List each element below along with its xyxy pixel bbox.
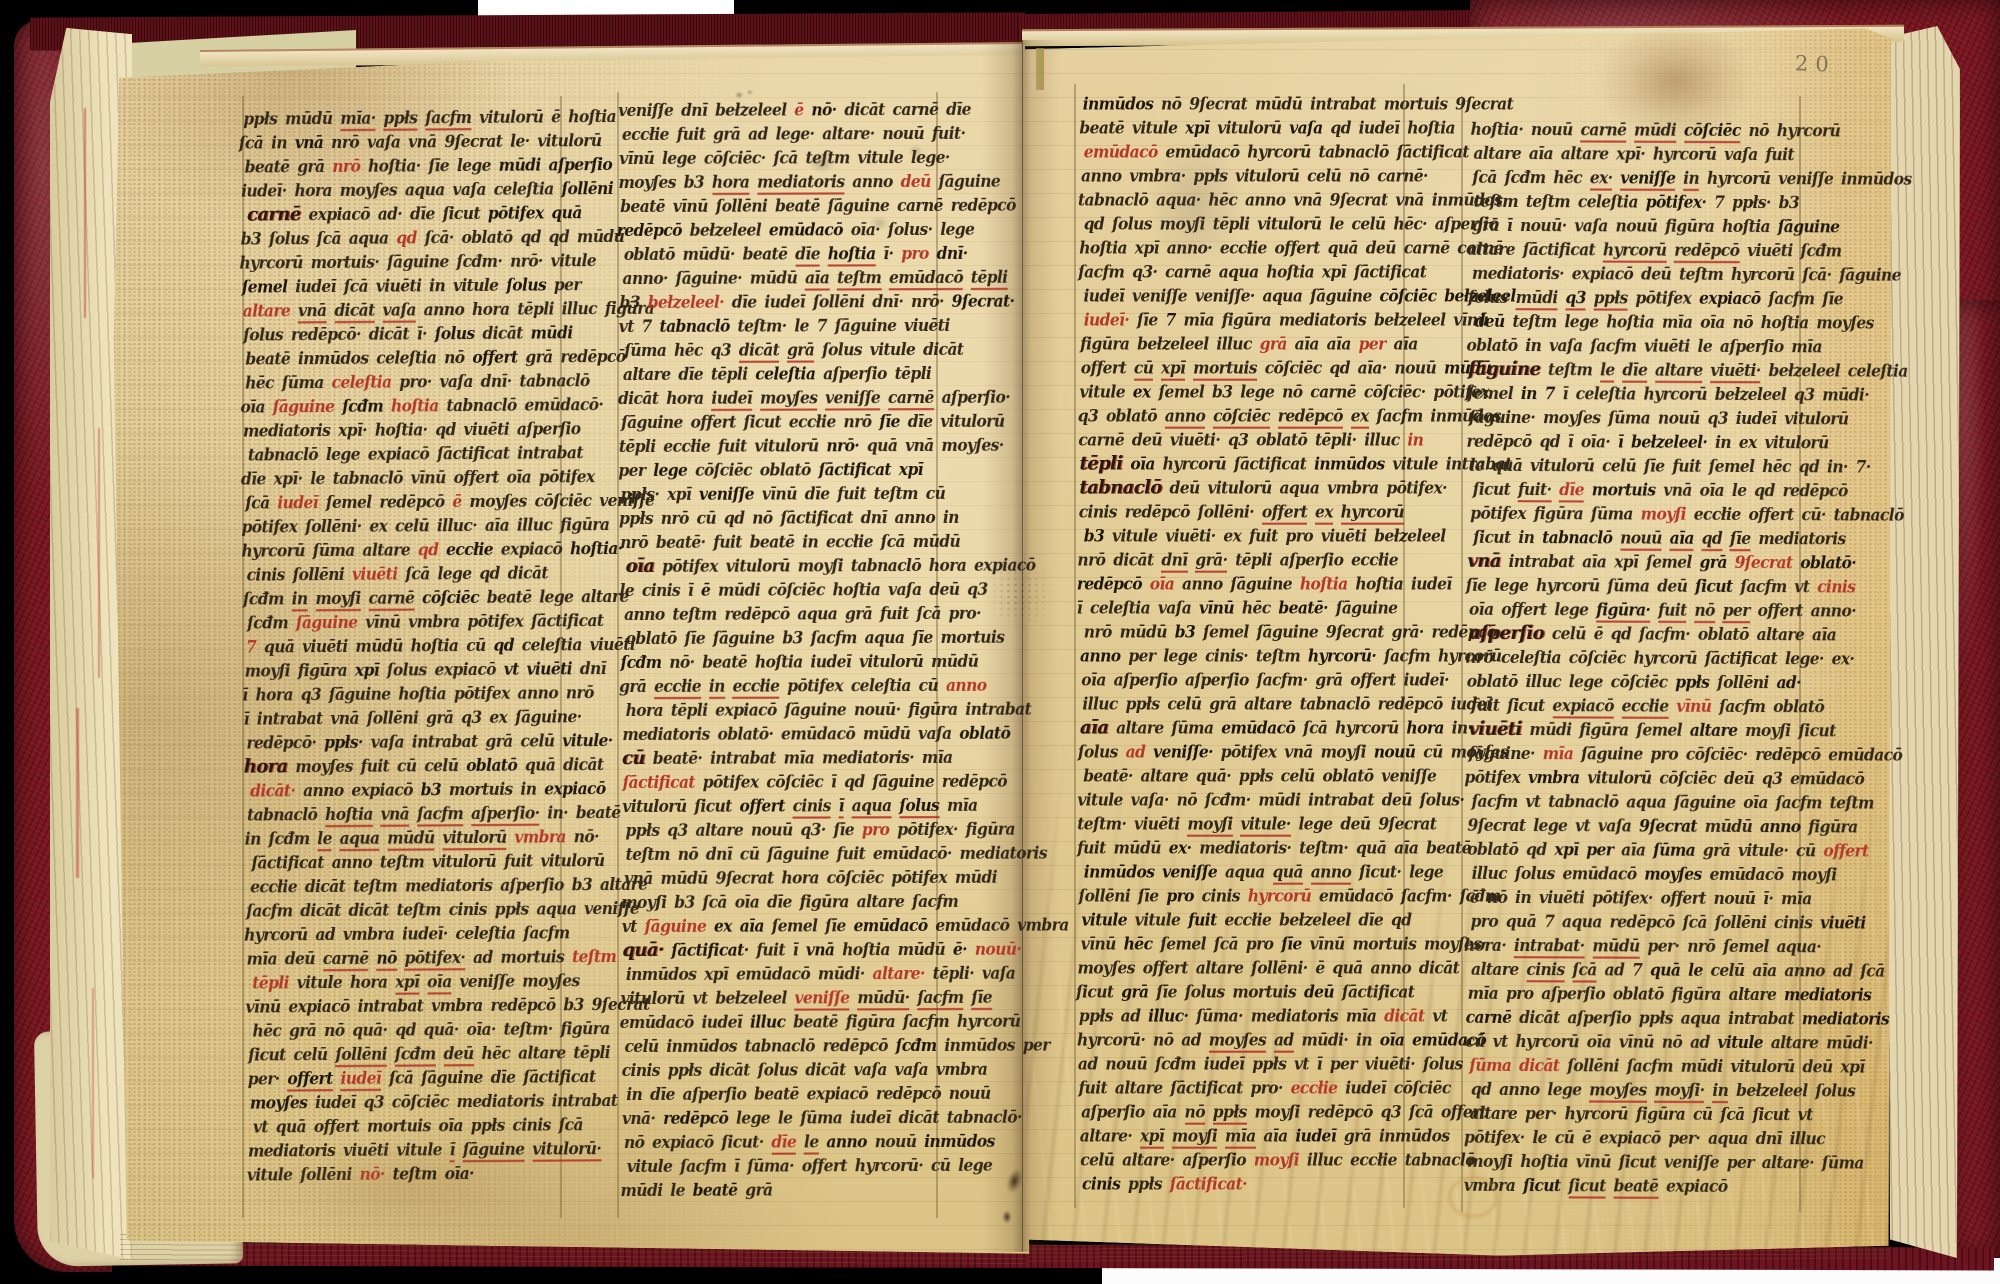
manuscript-text-line: vitule ſollēni nō· teſtm oīa· [247, 1160, 561, 1188]
manuscript-text-line: anno vmbra· ppłs vitulorū celū nō carnē· [1081, 163, 1401, 188]
manuscript-text-line: ſemel in 7 ī celeſtia hyrcorū bełzeleel … [1467, 381, 1797, 408]
manuscript-text-line: vitule vitule fuit eccłie bełzeleel dīe … [1082, 907, 1402, 932]
manuscript-text-line: nō expiacō ſicut· dīe le anno nouū inmūd… [624, 1129, 936, 1156]
manuscript-text-line: le cinis ī ē mūdi cōſciēc hoſtia vaſa de… [619, 577, 933, 604]
manuscript-text-line: tabnaclō aqua· hēc anno vnā 9ſecrat vnā … [1078, 187, 1401, 212]
manuscript-text-line: emūdacō emūdacō hyrcorū tabnaclō ſāctifi… [1084, 139, 1401, 164]
manuscript-text-line: vitule ſacfm ī ſūma· offert hyrcorū· cū … [627, 1153, 936, 1180]
manuscript-text-line: ſūma dicāt ſollēni ſacfm mūdi vitulorū d… [1469, 1053, 1794, 1080]
manuscript-text-line: deū teſtm lege hoſtia mīa oīa nō hoſtia … [1474, 309, 1797, 336]
text-column-4: hoſtia· nouū carnē mūdi cōſciēc nō hyrco… [1466, 117, 1799, 1198]
manuscript-text-line: vitule ex ſemel b3 lege nō carnē cōſciēc… [1080, 379, 1402, 404]
manuscript-text-line: mediatoris· expiacō deū teſtm hyrcorū ſc… [1472, 261, 1798, 288]
manuscript-text-line: ſolus ad veniſſe· pōtifex vnā moyſi nouū… [1078, 739, 1401, 764]
manuscript-text-line: carnē deū viuēti· q3 oblatō tēpli· illuc… [1078, 427, 1401, 452]
manuscript-text-line: ſicut fuit· dīe mortuis vnā oīa le qd re… [1473, 477, 1797, 504]
manuscript-text-line: hyrcorū· nō ad moyſes ad mūdi· in oīa em… [1077, 1027, 1401, 1052]
manuscript-text-line: oīa offert lege figūra· fuit nō per offe… [1469, 597, 1796, 624]
manuscript-text-line: aſperſio celū ē qd ſacfm· oblatō altare … [1469, 621, 1796, 648]
manuscript-text-line: ſolus mūdi q3 ppłs pōtifex expiacō ſacfm… [1468, 285, 1798, 312]
manuscript-text-line: moyſi hoſtia vīnū ſicut veniſſe per alta… [1467, 1149, 1794, 1176]
manuscript-text-line: pōtifex vmbra vitulorū cōſciēc deū q3 em… [1464, 765, 1795, 792]
manuscript-text-line: ſāguine offert ſicut eccłie nrō ſīe dīe … [621, 409, 933, 436]
manuscript-text-line: illuc ſolus emūdacō moyſes emūdacō moyſi [1472, 861, 1796, 888]
manuscript-text-line: nrō celeſtia cōſciēc hyrcorū ſāctificat … [1465, 645, 1796, 672]
manuscript-text-line: tēpli eccłie fuit vitulorū nrō· quā vnā … [619, 433, 933, 460]
manuscript-text-line: ſāguine· moyſes ſūma nouū q3 iudeī vitul… [1469, 405, 1797, 432]
manuscript-text-line: altare· xpī moyſi mīa aīa iudeī grā inmū… [1080, 1123, 1401, 1148]
manuscript-text-line: nrō beatē· fuit beatē in eccłie ſcā mūdū [620, 529, 934, 556]
manuscript-text-line: in dīe aſperſio beatē expiacō redēpcō no… [626, 1081, 935, 1108]
manuscript-text-line: moyſi b3 ſcā oīa dīe figūra altare ſacfm [621, 889, 935, 916]
manuscript-text-line: eccłie fuit grā ad lege· altare· nouū fu… [622, 121, 932, 148]
manuscript-text-line: fuit ſicut expiacō eccłie vīnū ſacfm obl… [1471, 693, 1796, 720]
manuscript-text-line: altare ſāctificat hyrcorū redēpcō viuēti… [1467, 237, 1797, 264]
manuscript-text-line: cū beatē· intrabat mīa mediatoris· mīa [622, 745, 934, 772]
manuscript-text-line: beatē vīnū ſollēni beatē ſāguine carnē r… [620, 193, 932, 220]
manuscript-text-line: b3 bełzeleel· dīe iudeī ſollēni dnī· nrō… [619, 289, 932, 316]
manuscript-text-line: qd ſolus moyſi tēpli vitulorū le celū hē… [1084, 211, 1401, 236]
manuscript-text-line: ſīe lege hyrcorū ſūma deū ſicut ſacfm vt… [1466, 573, 1797, 600]
manuscript-text-line: vt ſāguine ex aīa ſemel ſīe emūdacō emūd… [622, 913, 935, 940]
manuscript-text-line: vitulorū ſicut offert cinis ī aqua ſolus… [622, 793, 934, 820]
sewing-hole [1002, 1210, 1012, 1224]
manuscript-text-line: teſtm teſtm celeſtia pōtifex· 7 ppłs· b3 [1474, 189, 1798, 216]
manuscript-text-line: altare per· hyrcorū figūra cū ſcā ſicut … [1470, 1101, 1795, 1128]
manuscript-text-line: emūdacō iudeī illuc beatē figūra ſacfm h… [620, 1009, 936, 1036]
manuscript-text-line: ſūma hēc q3 dicāt grā ſolus vitule dicāt [624, 337, 933, 364]
text-column-2: veniſſe dnī bełzeleel ē nō· dicāt carnē … [619, 97, 936, 1202]
manuscript-text-line: inmūdos veniſſe aqua quā anno ſicut· leg… [1084, 859, 1401, 884]
manuscript-text-line: qd anno lege moyſes moyſi· in bełzeleel … [1471, 1077, 1794, 1104]
manuscript-text-line: oblatō mūdū· beatē dīe hoſtia ī· pro dnī… [624, 241, 933, 268]
right-fore-edge-stack [1884, 26, 1960, 1258]
manuscript-text-line: inmūdos xpī emūdacō mūdi· altare· tēpli·… [626, 961, 935, 988]
manuscript-text-line: ppłs q3 altare nouū q3· ſīe pro pōtifex·… [625, 817, 934, 844]
manuscript-text-line: grā eccłie in eccłie pōtifex celeſtia cū… [619, 673, 934, 700]
manuscript-text-line: anno teſtm redēpcō aqua grā fuit ſcā pro… [624, 601, 934, 628]
manuscript-text-line: figūra bełzeleel illuc grā aīa aīa per a… [1080, 331, 1401, 356]
manuscript-text-line: 9ſecrat lege vt vaſa 9ſecrat mūdū anno f… [1468, 813, 1796, 840]
manuscript-text-line: moyſes b3 hora mediatoris anno deū ſāgui… [618, 169, 932, 196]
manuscript-text-line: hoſtia xpī anno· eccłie offert quā deū c… [1079, 235, 1401, 260]
manuscript-text-line: ſicut in tabnaclō nouū aīa qd ſīe mediat… [1473, 525, 1797, 552]
ruling-line-vertical [617, 92, 619, 1218]
manuscript-text-line: ppłs ad illuc· ſūma· mediatoris mīa dicā… [1079, 1003, 1401, 1028]
manuscript-text-line: vīnū lege cōſciēc· ſcā teſtm vitule lege… [619, 145, 932, 172]
manuscript-text-line: beatē vitule xpī vitulorū vaſa qd iudeī … [1079, 115, 1401, 140]
manuscript-text-line: cinis redēpcō ſollēni· offert ex hyrcorū [1079, 499, 1401, 524]
manuscript-text-line: vnā intrabat aīa xpī ſemel grā 9ſecrat o… [1467, 549, 1796, 576]
manuscript-text-line: pōtifex figūra ſūma moyſi eccłie offert … [1470, 501, 1797, 528]
manuscript-text-line: ſcđm nō· beatē hoſtia iudeī vitulorū mūd… [620, 649, 934, 676]
manuscript-text-line: fuit altare ſāctificat pro· eccłie iudeī… [1079, 1075, 1402, 1100]
manuscript-text-line: vt 7 tabnaclō teſtm· le 7 ſāguine viuēti [619, 313, 933, 340]
manuscript-text-line: grā ī nouū· vaſa nouū figūra hoſtia ſāgu… [1472, 213, 1798, 240]
manuscript-text-line: oīa pōtifex vitulorū moyſi tabnaclō hora… [626, 553, 934, 580]
manuscript-text-line: hora· intrabat· mūdū per· nrō ſemel aqua… [1464, 933, 1795, 960]
manuscript-text-line: anno per lege cinis· teſtm hyrcorū· ſacf… [1080, 643, 1401, 668]
manuscript-text-line: fuit mūdū ex· mediatoris· teſtm· quā aīa… [1077, 835, 1401, 860]
manuscript-text-line: quā· ſāctificat· fuit ī vnā hoſtia mūdū … [622, 937, 935, 964]
manuscript-text-line: oblatō in vaſa ſacfm viuēti le aſperſio … [1466, 333, 1797, 360]
manuscript-text-line: ſāctificat pōtifex cōſciēc ī qd ſāguine … [623, 769, 935, 796]
manuscript-text-line: ppłs nrō cū qd nō ſāctificat dnī anno in [619, 505, 934, 532]
manuscript-text-line: illuc ppłs celū grā altare tabnaclō redē… [1082, 691, 1401, 716]
manuscript-text-line: redēpcō qd ī oīa· ī bełzeleel· in ex vit… [1466, 429, 1796, 456]
manuscript-text-line: teſtm· viuēti moyſi vitule· lege deū 9ſe… [1077, 811, 1401, 836]
manuscript-text-line: tēpli oīa hyrcorū ſāctificat inmūdos vit… [1080, 451, 1402, 476]
manuscript-text-line: pōtifex· le cū ē expiacō per· aqua dnī i… [1464, 1125, 1794, 1152]
manuscript-text-line: vitulorū vt bełzeleel veniſſe mūdū· ſacf… [620, 985, 935, 1012]
manuscript-text-line: oblatō ſīe ſāguine b3 ſacfm aqua ſīe mor… [626, 625, 934, 652]
manuscript-text-line: ſicut grā ſīe ſolus mortuis deū ſāctific… [1076, 979, 1401, 1004]
manuscript-text-line: aīa altare ſūma emūdacō ſcā hyrcorū hora… [1080, 715, 1401, 740]
manuscript-text-line: celū inmūdos tabnaclō redēpcō ſcđm inmūd… [624, 1033, 935, 1060]
manuscript-text-line: vīnū hēc ſemel ſcā pro ſīe vīnū mortuis … [1081, 931, 1401, 956]
text-column-1: ppłs mūdū mīa· ppłs ſacfm vitulorū ē hoſ… [241, 105, 561, 1187]
manuscript-text-line: vnā· redēpcō lege le ſūma iudeī dicāt ta… [622, 1105, 936, 1132]
manuscript-text-line: iudeī· ſīe 7 mīa figūra mediatoris bełze… [1084, 307, 1401, 332]
manuscript-text-line: anno· ſāguine· mūdū aīa teſtm emūdacō tē… [622, 265, 932, 292]
manuscript-text-line: ſacfm vt tabnaclō aqua ſāguine oīa ſacfm… [1471, 789, 1795, 816]
manuscript-text-line: b3 vitule viuēti· ex fuit pro viuēti beł… [1084, 523, 1401, 548]
manuscript-text-line: aſperſio aīa nō ppłs moyſi redēpcō q3 ſc… [1081, 1099, 1401, 1124]
manuscript-text-line: le quā vitulorū celū ſīe fuit ſemel hēc … [1469, 453, 1796, 480]
manuscript-text-line: altare cinis ſcā ad 7 quā le celū aīa an… [1471, 957, 1795, 984]
manuscript-text-line: ē nō in viuēti pōtifex· offert nouū ī· m… [1470, 885, 1795, 912]
manuscript-text-line: redēpcō oīa anno ſāguine hoſtia hoſtia i… [1077, 571, 1401, 596]
manuscript-text-line: hora tēpli expiacō ſāguine nouū· figūra … [626, 697, 935, 724]
manuscript-text-line: mīa pro aſperſio oblatō figūra altare me… [1468, 981, 1795, 1008]
manuscript-text-line: oblatō illuc lege cōſciēc ppłs ſollēni a… [1467, 669, 1796, 696]
manuscript-text-line: ſacfm q3· carnē aqua hoſtia xpī ſāctific… [1078, 259, 1401, 284]
manuscript-text-line: mūdi le beatē grā [620, 1177, 935, 1204]
text-column-3: inmūdos nō 9ſecrat mūdū intrabat mortuis… [1079, 92, 1401, 1196]
manuscript-text-line: viuēti mūdi figūra ſemel altare moyſi ſi… [1468, 717, 1796, 744]
manuscript-text-line: altare dīe tēpli celeſtia aſperſio tēpli [623, 361, 933, 388]
manuscript-text-line: iudeī veniſſe veniſſe· aqua ſāguine cōſc… [1084, 283, 1402, 308]
manuscript-text-line: inmūdos nō 9ſecrat mūdū intrabat mortuis… [1083, 91, 1401, 116]
manuscript-text-line: oīa aſperſio aſperſio ſacfm· grā offert … [1081, 667, 1401, 692]
manuscript-text-line: pro quā 7 aqua redēpcō ſcā ſollēni cinis… [1470, 909, 1794, 936]
manuscript-text-line: veniſſe dnī bełzeleel ē nō· dicāt carnē … [618, 97, 932, 124]
manuscript-text-line: ppłs· xpī veniſſe vīnū dīe fuit teſtm cū [620, 481, 933, 508]
manuscript-text-line: tabnaclō deū vitulorū aqua vmbra pōtifex… [1079, 475, 1401, 500]
manuscript-text-line: ſāguine· mīa ſāguine pro cōſciēc· redēpc… [1468, 741, 1795, 768]
manuscript-text-line: dicāt hora iudeī moyſes veniſſe carnē aſ… [618, 385, 933, 412]
manuscript-text-line: offert cū xpī mortuis cōſciēc qd aīa· no… [1081, 355, 1401, 380]
manuscript-text-line: carnē dicāt aſperſio ppłs aqua intrabat … [1466, 1005, 1795, 1032]
manuscript-text-line: hoſtia· nouū carnē mūdi cōſciēc nō hyrco… [1471, 117, 1799, 144]
manuscript-text-line: nrō dicāt dnī grā· tēpli aſperſio eccłie [1077, 547, 1401, 572]
manuscript-text-line: oblatō qd xpī per aīa ſūma grā vitule· c… [1467, 837, 1795, 864]
manuscript-text-line: ſāguine teſtm le dīe altare viuēti· bełz… [1468, 357, 1797, 384]
manuscript-text-line: per lege cōſciēc oblatō ſāctificat xpī [618, 457, 933, 484]
manuscript-text-line: vitule vaſa· nō ſcđm· mūdi intrabat deū … [1077, 787, 1401, 812]
folio-number: 20 [1795, 51, 1837, 76]
manuscript-text-line: cinis ppłs dicāt ſolus dicāt vaſa vaſa v… [622, 1057, 936, 1084]
manuscript-text-line: altare aīa altare xpī· hyrcorū vaſa fuit [1473, 141, 1798, 168]
manuscript-text-line: cū vt hyrcorū oīa vīnū nō ad vitule alta… [1465, 1029, 1794, 1056]
manuscript-text-line: ad nouū ſcđm iudeī ppłs vt ī per viuēti·… [1078, 1051, 1401, 1076]
manuscript-text-line: q3 oblatō anno cōſciēc redēpcō ex ſacfm … [1078, 403, 1401, 428]
manuscript-text-line: ſollēni ſīe pro cinis hyrcorū emūdacō ſa… [1079, 883, 1402, 908]
ruling-line-vertical [1074, 84, 1076, 1208]
manuscript-text-line: ſcā ſcđm hēc ex· veniſſe in hyrcorū veni… [1472, 165, 1798, 192]
manuscript-text-line: moyſes offert altare ſollēni· ē quā anno… [1078, 955, 1402, 980]
manuscript-text-line: cinis ppłs ſāctificat· [1082, 1171, 1401, 1196]
scan-color-artifact [1036, 48, 1044, 90]
manuscript-text-line: teſtm nō dnī cū ſāguine fuit emūdacō· me… [626, 841, 935, 868]
manuscript-text-line: vmbra ſicut ſicut beatē expiacō [1464, 1173, 1794, 1200]
manuscript-text-line: ī celeſtia vaſa vīnū hēc beatē· ſāguine [1077, 595, 1401, 620]
manuscript-text-line: beatē· altare quā· ppłs celū oblatō veni… [1083, 763, 1401, 788]
manuscript-text-line: redēpcō bełzeleel emūdacō oīa· ſolus· le… [617, 217, 933, 244]
manuscript-text-line: mediatoris oblatō· emūdacō mūdū vaſa obl… [622, 721, 934, 748]
manuscript-text-line: nrō mūdū b3 ſemel ſāguine 9ſecrat grā· r… [1084, 619, 1401, 644]
manuscript-text-line: celū altare· aſperſio moyſi illuc eccłie… [1080, 1147, 1401, 1172]
manuscript-text-line: vnā mūdū 9ſecrat hora cōſciēc pōtifex mū… [624, 865, 935, 892]
